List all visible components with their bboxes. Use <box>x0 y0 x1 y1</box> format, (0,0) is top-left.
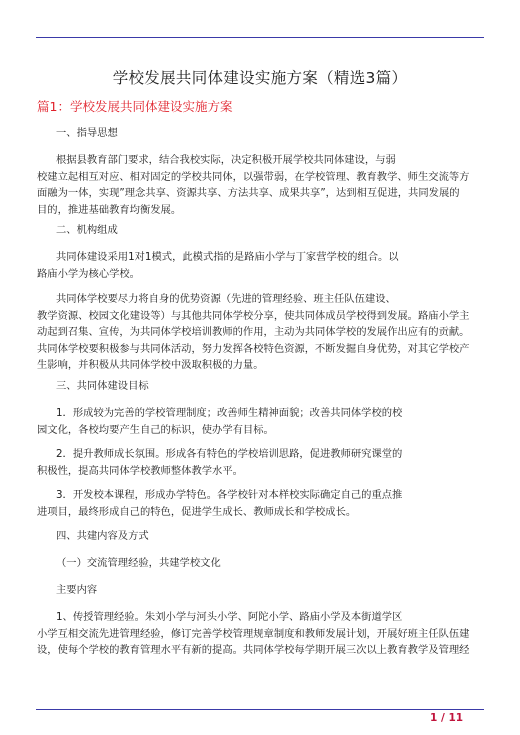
text-line: 园文化，各校均要产生自己的标识，使办学有目标。 <box>37 422 485 439</box>
text-line: 1．形成较为完善的学校管理制度；改善师生精神面貌；改善共同体学校的校 <box>37 405 485 422</box>
section-heading: 一、指导思想 <box>37 125 485 142</box>
text-line: 进项目，最终形成自己的特色，促进学生成长、教师成长和学校成长。 <box>37 504 485 521</box>
text-line: 四、共建内容及方式 <box>37 528 485 545</box>
section-heading: 三、共同体建设目标 <box>37 378 485 395</box>
section-heading: 主要内容 <box>37 582 485 599</box>
section-heading: 四、共建内容及方式 <box>37 528 485 545</box>
page-indicator: 1 / 11 <box>430 712 463 724</box>
text-line: 1、传授管理经验。朱刘小学与河头小学、阿陀小学、路庙小学及本街道学区 <box>37 609 485 626</box>
paragraph: 根据县教育部门要求，结合我校实际，决定积极开展学校共同体建设，与弱校建立起相互对… <box>37 152 485 218</box>
paragraph: 1．形成较为完善的学校管理制度；改善师生精神面貌；改善共同体学校的校园文化，各校… <box>37 405 485 438</box>
document-title: 学校发展共同体建设实施方案（精选3篇） <box>0 66 520 88</box>
text-line: 主要内容 <box>37 582 485 599</box>
text-line: 动起到召集、宣传，为共同体学校培训教师的作用，主动为共同体学校的发展作出应有的贡… <box>37 324 485 341</box>
section-subtitle: 篇1：学校发展共同体建设实施方案 <box>37 97 232 115</box>
text-line: 面融为一体，实现”理念共享、资源共享、方法共享、成果共享”，达到相互促进，共同发… <box>37 185 485 202</box>
text-line: 设，使每个学校的教育管理水平有新的提高。共同体学校每学期开展三次以上教育教学及管… <box>37 642 485 659</box>
paragraph: 2．提升教师成长氛围。形成各有特色的学校培训思路，促进教师研究课堂的积极性，提高… <box>37 446 485 479</box>
text-line: （一）交流管理经验，共建学校文化 <box>37 555 485 572</box>
text-line: 3．开发校本课程，形成办学特色。各学校针对本样校实际确定自己的重点推 <box>37 487 485 504</box>
text-line: 一、指导思想 <box>37 125 485 142</box>
footer-rule <box>36 709 484 710</box>
paragraph: 3．开发校本课程，形成办学特色。各学校针对本样校实际确定自己的重点推进项目，最终… <box>37 487 485 520</box>
text-line: 根据县教育部门要求，结合我校实际，决定积极开展学校共同体建设，与弱 <box>37 152 485 169</box>
paragraph: 1、传授管理经验。朱刘小学与河头小学、阿陀小学、路庙小学及本街道学区小学互相交流… <box>37 609 485 659</box>
text-line: 共同体建设采用1对1模式，此模式指的是路庙小学与丁家营学校的组合。以 <box>37 249 485 266</box>
text-line: 二、机构组成 <box>37 222 485 239</box>
text-line: 教学资源、校园文化建设等）与其他共同体学校分享，使共同体成员学校得到发展。路庙小… <box>37 308 485 325</box>
paragraph: 共同体学校要尽力将自身的优势资源（先进的管理经验、班主任队伍建设、教学资源、校园… <box>37 291 485 374</box>
text-line: 共同体学校要尽力将自身的优势资源（先进的管理经验、班主任队伍建设、 <box>37 291 485 308</box>
text-line: 积极性，提高共同体学校教师整体教学水平。 <box>37 463 485 480</box>
section-heading: 二、机构组成 <box>37 222 485 239</box>
section-heading: （一）交流管理经验，共建学校文化 <box>37 555 485 572</box>
text-line: 三、共同体建设目标 <box>37 378 485 395</box>
text-line: 目的，推进基础教育均衡发展。 <box>37 202 485 219</box>
text-line: 共同体学校要积极参与共同体活动，努力发挥各校特色资源，不断发掘自身优势，对其它学… <box>37 341 485 358</box>
header-rule <box>36 37 484 38</box>
text-line: 路庙小学为核心学校。 <box>37 266 485 283</box>
text-line: 生影响，并积极从共同体学校中汲取积极的力量。 <box>37 357 485 374</box>
paragraph: 共同体建设采用1对1模式，此模式指的是路庙小学与丁家营学校的组合。以路庙小学为核… <box>37 249 485 282</box>
text-line: 校建立起相互对应、相对固定的学校共同体，以强带弱，在学校管理、教育教学、师生交流… <box>37 169 485 186</box>
text-line: 2．提升教师成长氛围。形成各有特色的学校培训思路，促进教师研究课堂的 <box>37 446 485 463</box>
text-line: 小学互相交流先进管理经验，修订完善学校管理规章制度和教师发展计划，开展好班主任队… <box>37 626 485 643</box>
